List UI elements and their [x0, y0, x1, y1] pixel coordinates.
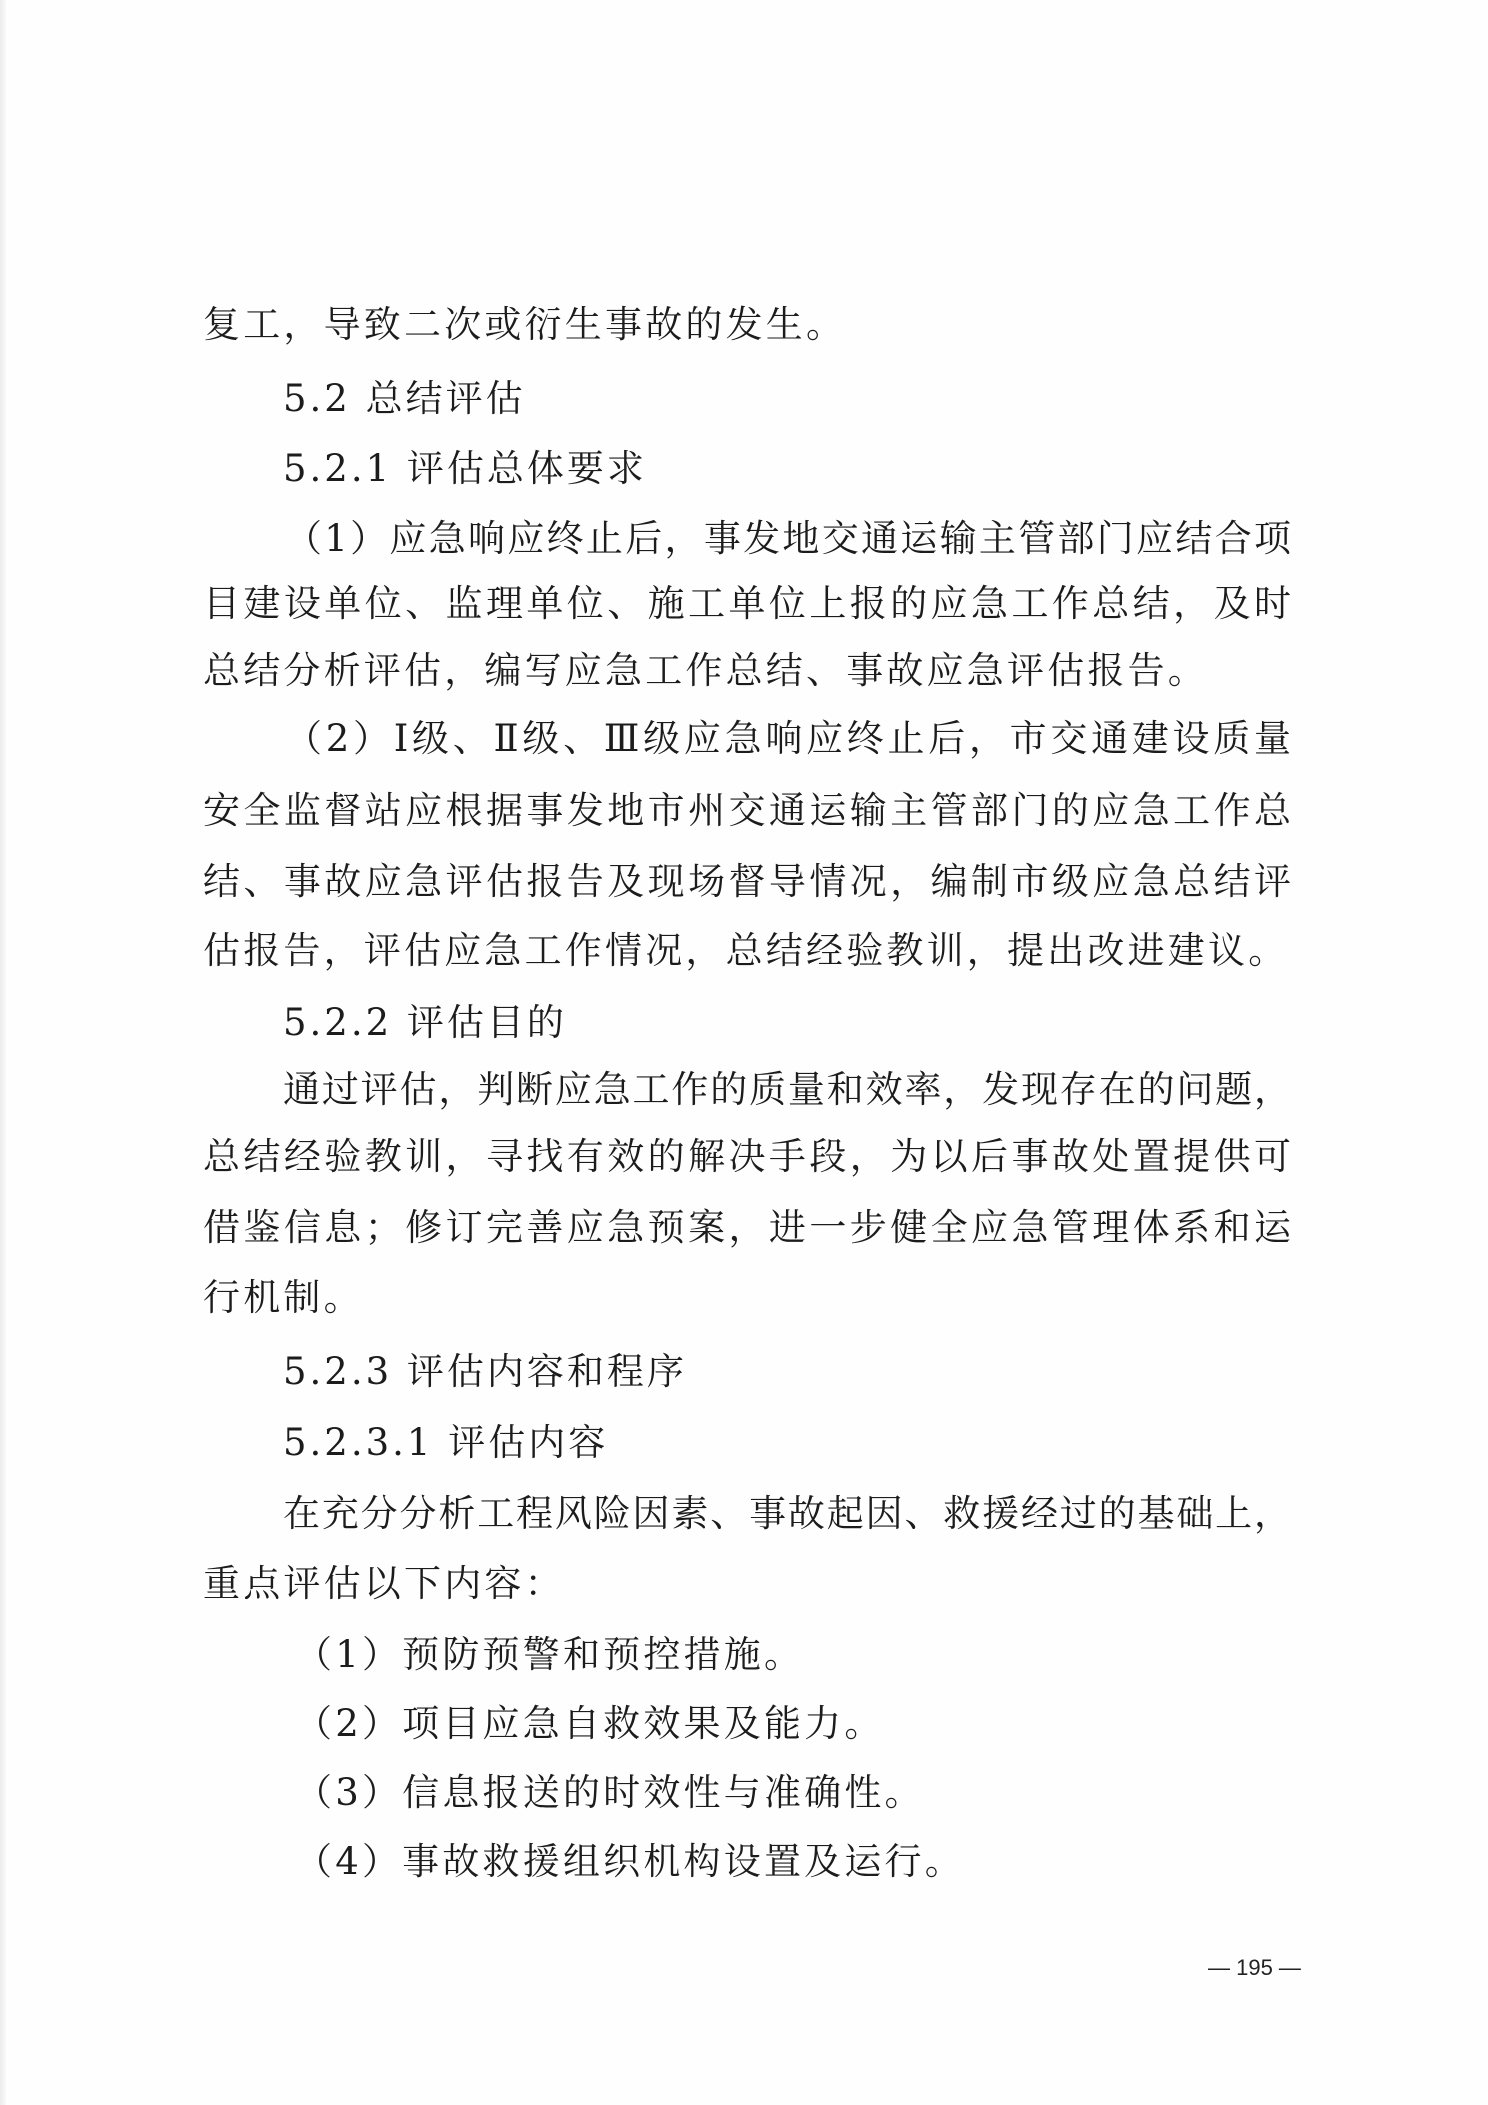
- paragraph-line: 安全监督站应根据事发地市州交通运输主管部门的应急工作总: [203, 789, 1291, 833]
- paragraph-line: 目建设单位、监理单位、施工单位上报的应急工作总结，及时: [203, 582, 1291, 626]
- paragraph-line: 总结分析评估，编写应急工作总结、事故应急评估报告。: [203, 649, 1208, 693]
- section-heading-5-2-3-1: 5.2.3.1 评估内容: [283, 1421, 608, 1465]
- paragraph-line: 通过评估，判断应急工作的质量和效率，发现存在的问题，: [283, 1068, 1291, 1112]
- paragraph-line: 重点评估以下内容：: [203, 1562, 565, 1606]
- list-item-1: （1）预防预警和预控措施。: [295, 1633, 804, 1677]
- list-item-2: （2）项目应急自救效果及能力。: [295, 1702, 885, 1746]
- paragraph-continuation: 复工，导致二次或衍生事故的发生。: [203, 303, 846, 347]
- paragraph-line: （2）Ⅰ级、Ⅱ级、Ⅲ级应急响应终止后，市交通建设质量: [285, 717, 1291, 761]
- paragraph-line: 估报告，评估应急工作情况，总结经验教训，提出改进建议。: [203, 929, 1288, 973]
- paragraph-line: 借鉴信息；修订完善应急预案，进一步健全应急管理体系和运: [203, 1206, 1291, 1250]
- scan-edge: [0, 0, 6, 2105]
- page-number: — 195 —: [1208, 1955, 1301, 1981]
- paragraph-line: 总结经验教训，寻找有效的解决手段，为以后事故处置提供可: [203, 1135, 1291, 1179]
- list-item-4: （4）事故救援组织机构设置及运行。: [295, 1840, 965, 1884]
- paragraph-line: 结、事故应急评估报告及现场督导情况，编制市级应急总结评: [203, 860, 1291, 904]
- section-heading-5-2-2: 5.2.2 评估目的: [283, 1001, 567, 1045]
- section-heading-5-2-1: 5.2.1 评估总体要求: [283, 447, 647, 491]
- list-item-3: （3）信息报送的时效性与准确性。: [295, 1771, 925, 1815]
- paragraph-line: （1）应急响应终止后，事发地交通运输主管部门应结合项: [285, 517, 1291, 561]
- paragraph-line: 在充分分析工程风险因素、事故起因、救援经过的基础上，: [283, 1492, 1291, 1536]
- section-heading-5-2-3: 5.2.3 评估内容和程序: [283, 1350, 687, 1394]
- document-page: 复工，导致二次或衍生事故的发生。 5.2 总结评估 5.2.1 评估总体要求 （…: [0, 0, 1488, 2105]
- paragraph-line: 行机制。: [203, 1276, 364, 1320]
- section-heading-5-2: 5.2 总结评估: [283, 377, 526, 421]
